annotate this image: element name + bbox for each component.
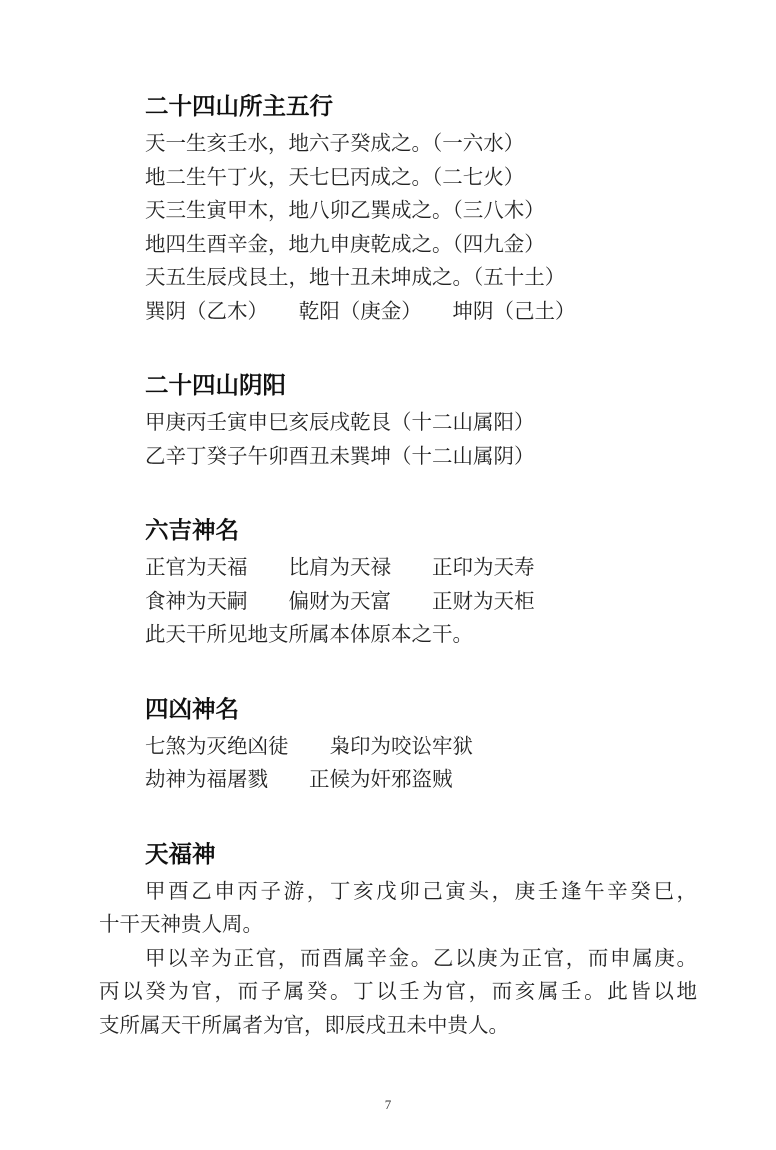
- text-line: 天一生亥壬水，地六子癸成之。（一六水）: [99, 128, 697, 162]
- text-line: 地二生午丁火，天七巳丙成之。（二七火）: [99, 162, 697, 196]
- text-line: 天五生辰戌艮土，地十丑未坤成之。（五十土）: [99, 262, 697, 296]
- paragraph-line: 十干天神贵人周。: [99, 909, 697, 943]
- text-line: 甲庚丙壬寅申巳亥辰戌乾艮（十二山属阳）: [99, 407, 697, 441]
- section-5: 天福神甲酉乙申丙子游，丁亥戊卯己寅头，庚壬逢午辛癸巳，十干天神贵人周。甲以辛为正…: [99, 836, 697, 1044]
- content: 二十四山所主五行天一生亥壬水，地六子癸成之。（一六水）地二生午丁火，天七巳丙成之…: [99, 88, 697, 1043]
- section-title: 二十四山阴阳: [99, 367, 697, 404]
- text-line: 巽阴（乙木） 乾阳（庚金） 坤阴（己土）: [99, 296, 697, 330]
- text-line: 地四生酉辛金，地九申庚乾成之。（四九金）: [99, 229, 697, 263]
- paragraph-line: 支所属天干所属者为官，即辰戌丑未中贵人。: [99, 1010, 697, 1044]
- section-1: 二十四山所主五行天一生亥壬水，地六子癸成之。（一六水）地二生午丁火，天七巳丙成之…: [99, 88, 697, 329]
- section-title: 二十四山所主五行: [99, 88, 697, 125]
- text-line: 七煞为灭绝凶徒 枭印为咬讼牢狱: [99, 731, 697, 765]
- paragraph: 甲酉乙申丙子游，丁亥戊卯己寅头，庚壬逢午辛癸巳，十干天神贵人周。: [99, 876, 697, 943]
- paragraph-line: 甲酉乙申丙子游，丁亥戊卯己寅头，庚壬逢午辛癸巳，: [99, 876, 697, 910]
- section-title: 天福神: [99, 836, 697, 873]
- paragraph-line: 丙以癸为官，而子属癸。丁以壬为官，而亥属壬。此皆以地: [99, 976, 697, 1010]
- section-4: 四凶神名七煞为灭绝凶徒 枭印为咬讼牢狱劫神为福屠戮 正候为奸邪盗贼: [99, 691, 697, 798]
- paragraph: 甲以辛为正官，而酉属辛金。乙以庚为正官，而申属庚。丙以癸为官，而子属癸。丁以壬为…: [99, 943, 697, 1044]
- text-line: 乙辛丁癸子午卯酉丑未巽坤（十二山属阴）: [99, 441, 697, 475]
- text-line: 劫神为福屠戮 正候为奸邪盗贼: [99, 764, 697, 798]
- text-line: 正官为天福 比肩为天禄 正印为天寿: [99, 552, 697, 586]
- text-line: 此天干所见地支所属本体原本之干。: [99, 619, 697, 653]
- text-line: 食神为天嗣 偏财为天富 正财为天柜: [99, 586, 697, 620]
- paragraph-line: 甲以辛为正官，而酉属辛金。乙以庚为正官，而申属庚。: [99, 943, 697, 977]
- text-line: 天三生寅甲木，地八卯乙巽成之。（三八木）: [99, 195, 697, 229]
- section-3: 六吉神名正官为天福 比肩为天禄 正印为天寿食神为天嗣 偏财为天富 正财为天柜此天…: [99, 512, 697, 653]
- section-2: 二十四山阴阳甲庚丙壬寅申巳亥辰戌乾艮（十二山属阳）乙辛丁癸子午卯酉丑未巽坤（十二…: [99, 367, 697, 474]
- section-title: 四凶神名: [99, 691, 697, 728]
- page-number: 7: [0, 1097, 776, 1113]
- section-title: 六吉神名: [99, 512, 697, 549]
- book-page: 二十四山所主五行天一生亥壬水，地六子癸成之。（一六水）地二生午丁火，天七巳丙成之…: [0, 0, 776, 1150]
